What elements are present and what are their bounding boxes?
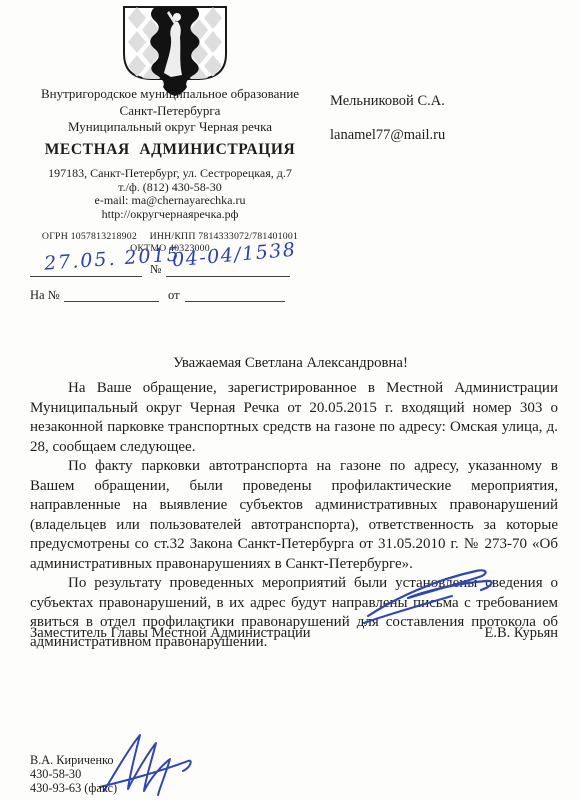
scanned-letter-page: Внутригородское муниципальное образовани… bbox=[0, 0, 581, 800]
body-paragraph-2: По факту парковки автотранспорта на газо… bbox=[30, 457, 558, 574]
date-underline bbox=[30, 276, 142, 277]
recipient-name: Мельниковой С.А. bbox=[330, 93, 445, 110]
phone-fax: т./ф. (812) 430-58-30 bbox=[6, 181, 334, 195]
reply-date-underline bbox=[185, 301, 285, 302]
email-line: e-mail: ma@chernayarechka.ru bbox=[6, 194, 334, 208]
org-line-1: Внутригородское муниципальное образовани… bbox=[6, 86, 334, 103]
org-line-2: Санкт-Петербурга bbox=[6, 103, 334, 120]
number-sign: № bbox=[150, 262, 161, 277]
org-line-3: Муниципальный округ Черная речка bbox=[6, 119, 334, 136]
postal-address: 197183, Санкт-Петербург, ул. Сестрорецка… bbox=[6, 167, 334, 181]
executor-phone: 430-58-30 bbox=[30, 767, 117, 781]
website-line: http://округчернаяречка.рф bbox=[6, 208, 334, 222]
ogrn-number: ОГРН 1057813218902 bbox=[42, 231, 137, 242]
executor-block: В.А. Кириченко 430-58-30 430-93-63 (факс… bbox=[30, 753, 117, 795]
signature-kuryan-ink bbox=[362, 566, 507, 631]
reply-number-underline bbox=[64, 301, 159, 302]
signer-name: Е.В. Курьян bbox=[484, 625, 558, 642]
incoming-reference-row: На № от bbox=[30, 288, 330, 306]
executor-fax: 430-93-63 (факс) bbox=[30, 781, 117, 795]
signature-row: Заместитель Главы Местной Администрации … bbox=[30, 625, 558, 642]
outgoing-reference-row: 27.05. 2015 № 04-04/1538 bbox=[30, 248, 330, 282]
recipient-email: lanamel77@mail.ru bbox=[330, 127, 445, 144]
organization-title: МЕСТНАЯ АДМИНИСТРАЦИЯ bbox=[6, 141, 334, 159]
executor-name: В.А. Кириченко bbox=[30, 753, 117, 767]
reply-from-label: от bbox=[168, 288, 180, 303]
signer-position: Заместитель Главы Местной Администрации bbox=[30, 625, 311, 642]
reply-prefix-label: На № bbox=[30, 288, 60, 303]
recipient-block: Мельниковой С.А. lanamel77@mail.ru bbox=[330, 93, 445, 144]
body-paragraph-1: На Ваше обращение, зарегистрированное в … bbox=[30, 379, 558, 457]
salutation: Уважаемая Светлана Александровна! bbox=[0, 355, 581, 372]
number-underline bbox=[166, 276, 290, 277]
address-block: 197183, Санкт-Петербург, ул. Сестрорецка… bbox=[6, 167, 334, 221]
organization-name-block: Внутригородское муниципальное образовани… bbox=[6, 86, 334, 136]
